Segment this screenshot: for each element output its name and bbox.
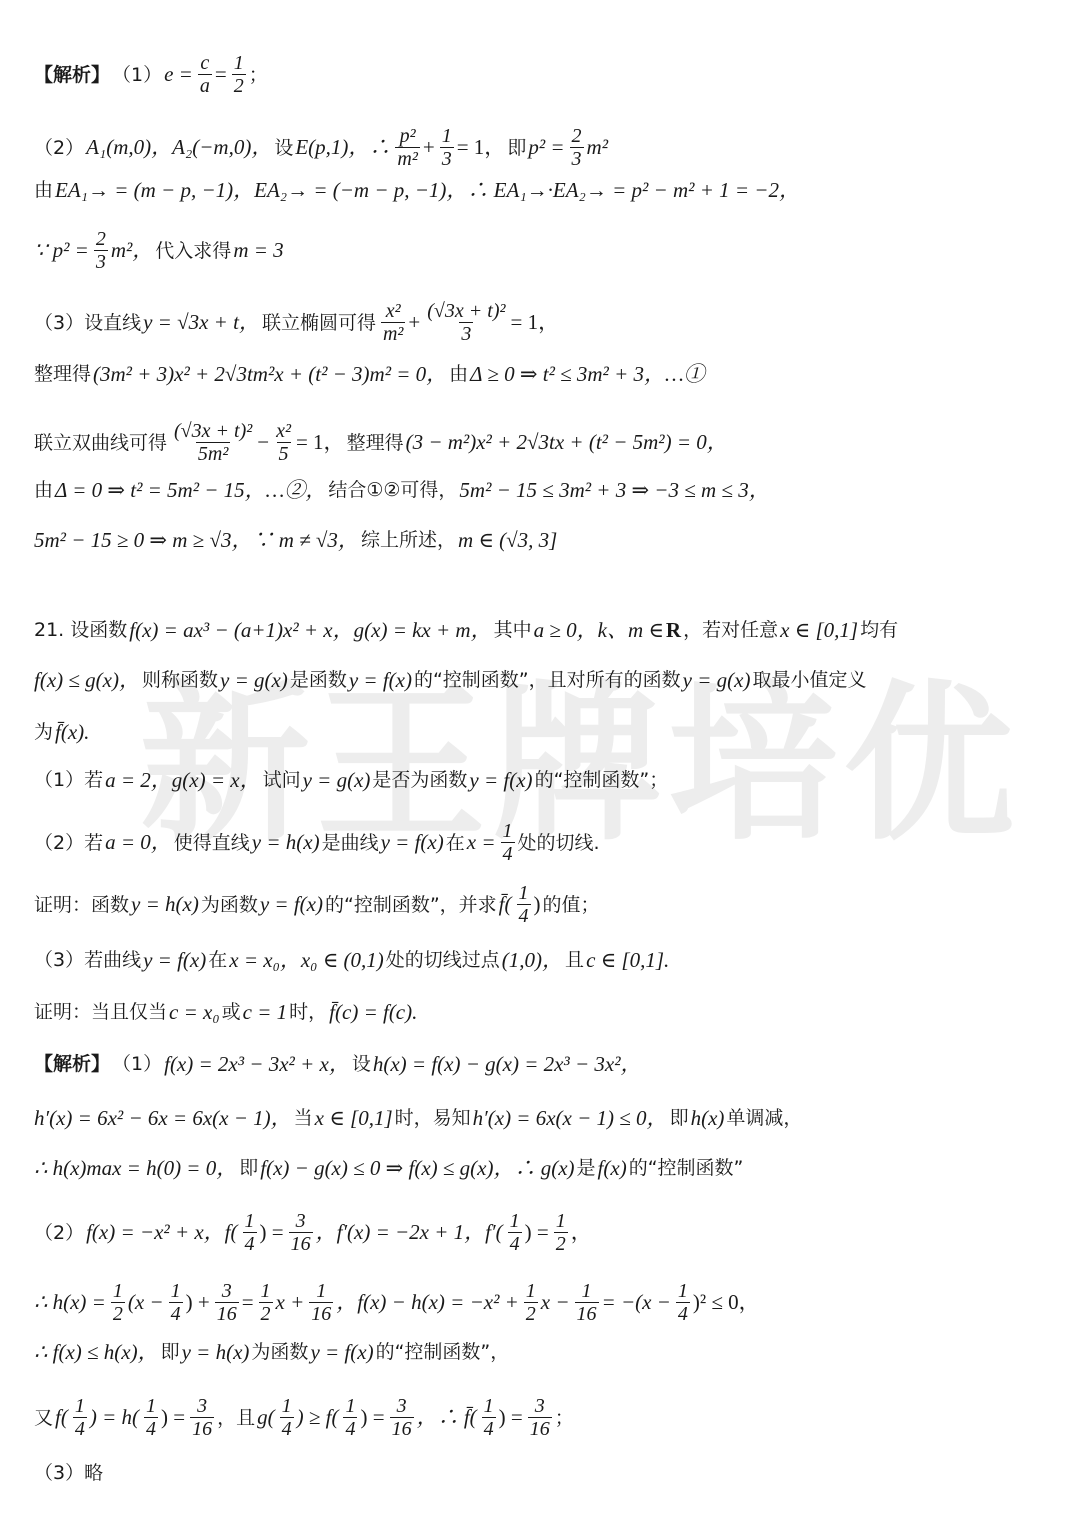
text-segment: ；: [555, 1407, 574, 1430]
solution21-line: h′(x) = 6x² − 6x = 6x(x − 1)，当x ∈ [0,1]时…: [34, 1106, 804, 1131]
numerator: 3: [195, 1395, 209, 1417]
text-segment: = −(x −: [602, 1290, 671, 1315]
text-segment: 即: [670, 1107, 689, 1130]
text-segment: （1）: [112, 1053, 162, 1076]
fraction: 12: [259, 1280, 273, 1326]
fraction: 316: [190, 1395, 214, 1441]
problem21-line: （3）若曲线y = f(x)在x = x₀，x₀ ∈ (0,1)处的切线过点(1…: [34, 948, 671, 973]
text-segment: f̄(x).: [55, 720, 89, 745]
text-segment: （2）: [34, 137, 84, 160]
denominator: m²: [381, 322, 405, 346]
text-segment: Δ ≥ 0 ⇒ t² ≤ 3m² + 3，…①: [470, 362, 705, 387]
fraction: 316: [390, 1395, 414, 1441]
text-segment: Δ = 0 ⇒ t² = 5m² − 15，…②，: [55, 478, 326, 503]
text-segment: 代入求得: [155, 240, 231, 263]
text-segment: y = √3x + t，: [143, 310, 260, 335]
solution21-line: 又f(14) = h(14) =316，且g(14) ≥ f(14) =316，…: [34, 1395, 576, 1441]
text-segment: y = g(x): [303, 768, 371, 793]
denominator: 3: [440, 147, 454, 171]
denominator: 16: [575, 1302, 599, 1326]
fraction: ca: [198, 52, 212, 98]
text-segment: ) =: [499, 1405, 523, 1430]
denominator: 3: [459, 322, 473, 346]
solution_prev-line: 由Δ = 0 ⇒ t² = 5m² − 15，…②，结合①②可得，5m² − 1…: [34, 478, 772, 503]
text-segment: e =: [164, 62, 193, 87]
text-segment: ∴ h(x) =: [34, 1290, 106, 1315]
text-segment: （3）略: [34, 1462, 103, 1485]
numerator: 1: [501, 820, 515, 842]
text-segment: f(x) − g(x) ≤ 0 ⇒ f(x) ≤ g(x)，∴ g(x): [260, 1156, 574, 1181]
text-segment: 由: [34, 479, 53, 502]
text-segment: （1）若: [34, 769, 103, 792]
text-segment: 是: [577, 1157, 596, 1180]
text-segment: 其中: [494, 619, 532, 642]
fraction: 14: [243, 1210, 257, 1256]
fraction: x²5: [274, 420, 293, 466]
numerator: x²: [384, 300, 403, 322]
text-segment: ，f′(x) = −2x + 1，f′(: [316, 1220, 503, 1245]
text-segment: 为函数: [251, 1341, 308, 1364]
text-segment: ，: [571, 1220, 592, 1245]
numerator: 1: [169, 1280, 183, 1302]
fraction: 14: [169, 1280, 183, 1326]
numerator: 1: [144, 1395, 158, 1417]
numerator: 1: [111, 1280, 125, 1302]
text-segment: 均有: [860, 619, 898, 642]
fraction: 12: [111, 1280, 125, 1326]
text-segment: 是函数: [290, 669, 347, 692]
solution_prev-line: （3）设直线y = √3x + t，联立椭圆可得x²m²+(√3x + t)²3…: [34, 300, 561, 346]
text-segment: A₁(m,0)，A₂(−m,0)，: [86, 135, 272, 160]
text-segment: −: [257, 430, 269, 455]
text-segment: (3m² + 3)x² + 2√3tm²x + (t² − 3)m² = 0，: [93, 362, 447, 387]
text-segment: 则称函数: [142, 669, 218, 692]
denominator: 4: [280, 1417, 294, 1441]
text-segment: ，且: [217, 1407, 255, 1430]
text-segment: ) = h(: [90, 1405, 139, 1430]
solution_prev-line: 5m² − 15 ≥ 0 ⇒ m ≥ √3，∵ m ≠ √3，综上所述，m ∈ …: [34, 528, 559, 553]
numerator: 2: [94, 228, 108, 250]
text-segment: 5m² − 15 ≥ 0 ⇒ m ≥ √3，∵ m ≠ √3，: [34, 528, 359, 553]
fraction: 13: [440, 125, 454, 171]
denominator: 16: [309, 1302, 333, 1326]
text-segment: 的“控制函数”，: [376, 1341, 510, 1364]
text-segment: （2）若: [34, 832, 103, 855]
text-segment: 或: [222, 1001, 241, 1024]
text-segment: y = f(x): [381, 830, 444, 855]
text-segment: R: [666, 618, 681, 643]
text-segment: f(x) = −x² + x，f(: [86, 1220, 237, 1245]
fraction: 14: [501, 820, 515, 866]
text-segment: 处的切线.: [518, 832, 600, 855]
numerator: 1: [580, 1280, 594, 1302]
numerator: 1: [517, 882, 531, 904]
problem21-line: 21. 设函数f(x) = ax³ − (a+1)x² + x，g(x) = k…: [34, 618, 900, 643]
text-segment: 使得直线: [174, 832, 250, 855]
text-segment: y = h(x): [131, 892, 199, 917]
text-segment: 为函数: [201, 894, 258, 917]
problem21-line: f(x) ≤ g(x)，则称函数y = g(x)是函数y = f(x)的“控制函…: [34, 668, 868, 693]
text-segment: f̄(: [499, 892, 512, 917]
text-segment: m²，: [111, 238, 153, 263]
text-segment: 是曲线: [322, 832, 379, 855]
fraction: 14: [517, 882, 531, 928]
fraction: 14: [144, 1395, 158, 1441]
text-segment: 的“控制函数”，且对所有的函数: [414, 669, 681, 692]
fraction: 12: [232, 52, 246, 98]
text-segment: y = h(x): [252, 830, 320, 855]
text-segment: y = f(x): [349, 668, 412, 693]
numerator: 3: [533, 1395, 547, 1417]
text-segment: （1）: [112, 64, 162, 87]
text-segment: 整理得: [34, 363, 91, 386]
numerator: 1: [259, 1280, 273, 1302]
solution21-line: ∴ h(x) =12(x −14) +316=12x +116，f(x) − h…: [34, 1280, 762, 1326]
denominator: 16: [528, 1417, 552, 1441]
numerator: 3: [395, 1395, 409, 1417]
denominator: 2: [524, 1302, 538, 1326]
numerator: (√3x + t)²: [172, 420, 254, 442]
numerator: (√3x + t)²: [425, 300, 507, 322]
text-segment: (x −: [128, 1290, 164, 1315]
text-segment: x −: [541, 1290, 570, 1315]
solution_prev-line: 联立双曲线可得(√3x + t)²5m²−x²5= 1，整理得(3 − m²)x…: [34, 420, 730, 466]
text-segment: f̄(c) = f(c).: [329, 1000, 417, 1025]
numerator: 1: [243, 1210, 257, 1232]
text-segment: x =: [467, 830, 496, 855]
text-segment: 即: [239, 1157, 258, 1180]
solution_prev-line: （2）A₁(m,0)，A₂(−m,0)，设E(p,1)，∴p²m²+13= 1，…: [34, 125, 610, 171]
solution21-line: （2）f(x) = −x² + x，f(14) =316，f′(x) = −2x…: [34, 1210, 594, 1256]
text-segment: y = g(x): [683, 668, 751, 693]
denominator: 4: [517, 904, 531, 928]
text-segment: 取最小值定义: [752, 669, 866, 692]
text-segment: 的“控制函数”: [629, 1157, 744, 1180]
solution_prev-line: 【解析】（1）e =ca=12；: [34, 52, 270, 98]
text-segment: ，∴ f̄(: [417, 1405, 477, 1430]
text-segment: 的值；: [543, 894, 600, 917]
problem21-line: 证明：函数y = h(x)为函数y = f(x)的“控制函数”，并求f̄(14)…: [34, 882, 602, 928]
numerator: 3: [294, 1210, 308, 1232]
text-segment: x ∈ [0,1]: [315, 1106, 393, 1131]
denominator: 4: [482, 1417, 496, 1441]
fraction: 14: [280, 1395, 294, 1441]
text-segment: y = f(x): [310, 1340, 373, 1365]
text-segment: 单调减，: [726, 1107, 802, 1130]
text-segment: y = f(x): [469, 768, 532, 793]
solution_prev-line: ∵ p² =23m²，代入求得m = 3: [34, 228, 286, 274]
text-segment: 设: [352, 1053, 371, 1076]
denominator: 4: [343, 1417, 357, 1441]
fraction: (√3x + t)²5m²: [172, 420, 254, 466]
text-segment: 时，易知: [395, 1107, 471, 1130]
denominator: 2: [111, 1302, 125, 1326]
text-segment: m ∈ (√3, 3]: [458, 528, 557, 553]
text-segment: ∴ h(x)max = h(0) = 0，: [34, 1156, 237, 1181]
text-segment: y = f(x): [260, 892, 323, 917]
text-segment: ): [534, 892, 541, 917]
denominator: 3: [94, 250, 108, 274]
text-segment: EA₁→ = (m − p, −1)，EA₂→ = (−m − p, −1)，∴…: [55, 178, 800, 203]
numerator: 3: [220, 1280, 234, 1302]
fraction: 14: [482, 1395, 496, 1441]
fraction: 116: [309, 1280, 333, 1326]
numerator: c: [198, 52, 211, 74]
text-segment: y = g(x): [220, 668, 288, 693]
numerator: 1: [508, 1210, 522, 1232]
text-segment: f(x) = 2x³ − 3x² + x，: [164, 1052, 350, 1077]
text-segment: ) ≥ f(: [297, 1405, 339, 1430]
text-segment: ) =: [161, 1405, 185, 1430]
text-segment: )² ≤ 0，: [693, 1290, 760, 1315]
text-segment: =: [215, 62, 227, 87]
text-segment: (1,0)，: [502, 948, 563, 973]
problem21-line: （2）若a = 0，使得直线y = h(x)是曲线y = f(x)在x =14处…: [34, 820, 602, 866]
solution21-line: ∴ f(x) ≤ h(x)，即y = h(x)为函数y = f(x)的“控制函数…: [34, 1340, 511, 1365]
text-segment: 的“控制函数”；: [535, 769, 669, 792]
text-segment: 设: [274, 137, 293, 160]
text-segment: m²: [587, 135, 608, 160]
numerator: 2: [570, 125, 584, 147]
text-segment: ) =: [525, 1220, 549, 1245]
fraction: 14: [508, 1210, 522, 1256]
denominator: 16: [215, 1302, 239, 1326]
denominator: 5: [277, 442, 291, 466]
text-segment: （3）若曲线: [34, 949, 141, 972]
text-segment: f(x) = ax³ − (a+1)x² + x，g(x) = kx + m，: [129, 618, 491, 643]
text-segment: (3 − m²)x² + 2√3tx + (t² − 5m²) = 0，: [406, 430, 728, 455]
solution21-line: （3）略: [34, 1462, 105, 1485]
text-segment: 联立双曲线可得: [34, 432, 167, 455]
numerator: 1: [554, 1210, 568, 1232]
numerator: 1: [343, 1395, 357, 1417]
solution21-line: ∴ h(x)max = h(0) = 0，即f(x) − g(x) ≤ 0 ⇒ …: [34, 1156, 745, 1181]
fraction: 316: [215, 1280, 239, 1326]
text-segment: h′(x) = 6x(x − 1) ≤ 0，: [473, 1106, 668, 1131]
text-segment: 5m² − 15 ≤ 3m² + 3 ⇒ −3 ≤ m ≤ 3，: [459, 478, 769, 503]
fraction: 14: [73, 1395, 87, 1441]
fraction: 116: [575, 1280, 599, 1326]
fraction: 14: [343, 1395, 357, 1441]
text-segment: 证明：函数: [34, 894, 129, 917]
text-segment: f(x) ≤ g(x)，: [34, 668, 140, 693]
text-segment: 试问: [263, 769, 301, 792]
problem21-line: 证明：当且仅当c = x₀或c = 1时，f̄(c) = f(c).: [34, 1000, 419, 1025]
text-segment: h(x): [691, 1106, 725, 1131]
text-segment: x = x₀，x₀ ∈ (0,1): [229, 948, 384, 973]
text-segment: （3）设直线: [34, 312, 141, 335]
text-segment: +: [408, 310, 420, 335]
numerator: 1: [232, 52, 246, 74]
numerator: 1: [524, 1280, 538, 1302]
text-segment: f(x): [598, 1156, 627, 1181]
text-segment: 结合①②可得，: [328, 479, 457, 502]
text-segment: +: [423, 135, 435, 160]
numerator: 1: [73, 1395, 87, 1417]
fraction: 23: [94, 228, 108, 274]
text-segment: E(p,1)，∴: [295, 135, 390, 160]
text-segment: 综上所述，: [361, 529, 456, 552]
denominator: 2: [259, 1302, 273, 1326]
denominator: 4: [73, 1417, 87, 1441]
text-segment: p² =: [528, 135, 564, 160]
text-segment: m = 3: [233, 238, 283, 263]
denominator: 4: [243, 1232, 257, 1256]
denominator: a: [198, 74, 212, 98]
text-segment: 当: [294, 1107, 313, 1130]
text-segment: 【解析】: [34, 1053, 110, 1076]
fraction: 23: [570, 125, 584, 171]
text-segment: = 1，: [457, 135, 506, 160]
denominator: 3: [570, 147, 584, 171]
text-segment: a = 0，: [105, 830, 172, 855]
text-segment: 在: [446, 832, 465, 855]
text-segment: 证明：当且仅当: [34, 1001, 167, 1024]
fraction: x²m²: [381, 300, 405, 346]
text-segment: ∴ f(x) ≤ h(x)，: [34, 1340, 159, 1365]
fraction: 12: [524, 1280, 538, 1326]
text-segment: 且: [565, 949, 584, 972]
text-segment: ，f(x) − h(x) = −x² +: [336, 1290, 519, 1315]
text-segment: c = x₀: [169, 1000, 220, 1025]
fraction: (√3x + t)²3: [425, 300, 507, 346]
fraction: 316: [528, 1395, 552, 1441]
denominator: 16: [390, 1417, 414, 1441]
numerator: 1: [280, 1395, 294, 1417]
denominator: 4: [144, 1417, 158, 1441]
solution_prev-line: 整理得(3m² + 3)x² + 2√3tm²x + (t² − 3)m² = …: [34, 362, 707, 387]
problem21-line: 为f̄(x).: [34, 720, 91, 745]
text-segment: 是否为函数: [372, 769, 467, 792]
text-segment: f(: [55, 1405, 68, 1430]
text-segment: 即: [507, 137, 526, 160]
denominator: m²: [395, 147, 419, 171]
text-segment: x ∈ [0,1]: [780, 618, 858, 643]
text-segment: a = 2，g(x) = x，: [105, 768, 260, 793]
numerator: 1: [482, 1395, 496, 1417]
text-segment: 21. 设函数: [34, 619, 127, 642]
denominator: 2: [554, 1232, 568, 1256]
denominator: 4: [508, 1232, 522, 1256]
text-segment: ∵ p² =: [34, 238, 89, 263]
text-segment: 由: [449, 363, 468, 386]
text-segment: 又: [34, 1407, 53, 1430]
text-segment: y = h(x): [182, 1340, 250, 1365]
solution_prev-line: 由EA₁→ = (m − p, −1)，EA₂→ = (−m − p, −1)，…: [34, 178, 802, 203]
text-segment: 由: [34, 179, 53, 202]
text-segment: 即: [161, 1341, 180, 1364]
text-segment: ) +: [186, 1290, 210, 1315]
text-segment: a ≥ 0，k、m ∈: [534, 618, 664, 643]
text-segment: ；: [249, 64, 268, 87]
denominator: 2: [232, 74, 246, 98]
numerator: p²: [398, 125, 418, 147]
fraction: 14: [676, 1280, 690, 1326]
text-segment: y = f(x): [143, 948, 206, 973]
fraction: p²m²: [395, 125, 419, 171]
denominator: 16: [190, 1417, 214, 1441]
text-segment: 联立椭圆可得: [262, 312, 376, 335]
denominator: 4: [676, 1302, 690, 1326]
text-segment: c ∈ [0,1].: [586, 948, 669, 973]
text-segment: =: [242, 1290, 254, 1315]
text-segment: = 1，: [296, 430, 345, 455]
text-segment: c = 1: [243, 1000, 288, 1025]
text-segment: h′(x) = 6x² − 6x = 6x(x − 1)，: [34, 1106, 292, 1131]
numerator: 1: [440, 125, 454, 147]
denominator: 5m²: [196, 442, 230, 466]
text-segment: 在: [208, 949, 227, 972]
text-segment: 【解析】: [34, 64, 110, 87]
fraction: 316: [289, 1210, 313, 1256]
solution21-line: 【解析】（1）f(x) = 2x³ − 3x² + x，设h(x) = f(x)…: [34, 1052, 644, 1077]
numerator: x²: [274, 420, 293, 442]
fraction: 12: [554, 1210, 568, 1256]
text-segment: 处的切线过点: [386, 949, 500, 972]
text-segment: 的“控制函数”，并求: [325, 894, 497, 917]
text-segment: g(: [257, 1405, 275, 1430]
text-segment: 为: [34, 721, 53, 744]
denominator: 16: [289, 1232, 313, 1256]
text-segment: 时，: [289, 1001, 327, 1024]
text-segment: 整理得: [347, 432, 404, 455]
text-segment: （2）: [34, 1222, 84, 1245]
text-segment: = 1，: [510, 310, 559, 335]
text-segment: ) =: [360, 1405, 384, 1430]
text-segment: ) =: [260, 1220, 284, 1245]
numerator: 1: [314, 1280, 328, 1302]
text-segment: h(x) = f(x) − g(x) = 2x³ − 3x²，: [373, 1052, 642, 1077]
text-segment: x +: [276, 1290, 305, 1315]
denominator: 4: [501, 842, 515, 866]
denominator: 4: [169, 1302, 183, 1326]
text-segment: ，若对任意: [683, 619, 778, 642]
problem21-line: （1）若a = 2，g(x) = x，试问y = g(x)是否为函数y = f(…: [34, 768, 670, 793]
numerator: 1: [676, 1280, 690, 1302]
